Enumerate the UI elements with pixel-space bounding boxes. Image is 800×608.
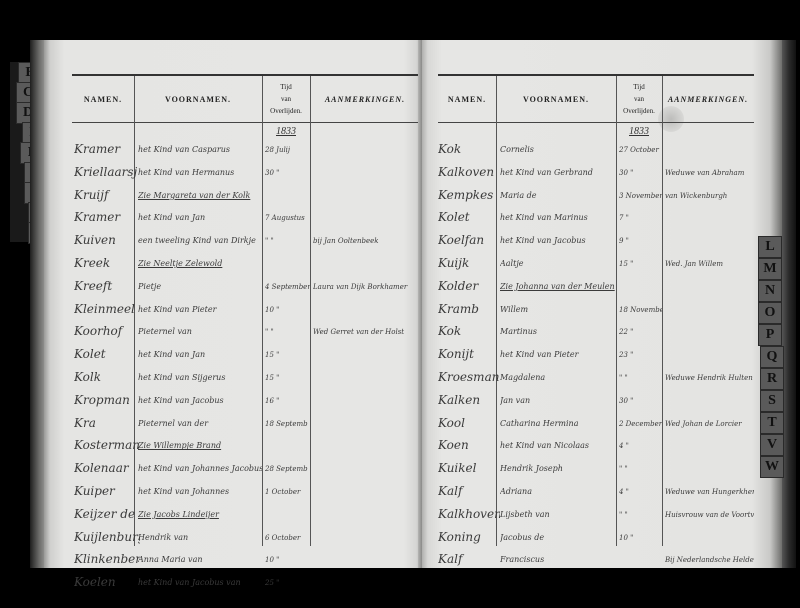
entry-surname: Kolk [74, 370, 140, 384]
entry-given-names: Franciscus [500, 555, 616, 564]
entry-date-of-death: 4 " [619, 488, 662, 496]
entry-date-of-death: 9 " [619, 237, 662, 245]
entry-given-names: het Kind van Johannes [138, 487, 262, 496]
entry-given-names: Zie Jacobs Lindeijer [138, 510, 262, 519]
entry-surname: Kalkhoven [438, 507, 500, 521]
entry-given-names: Pieternel van der [138, 419, 262, 428]
entry-given-names: Lijsbeth van [500, 510, 616, 519]
register-entry: Kalkovenhet Kind van Gerbrand30 "Weduwe … [438, 161, 754, 184]
entry-surname: Kropman [74, 393, 140, 407]
entry-given-names: Martinus [500, 327, 616, 336]
entry-given-names: Jacobus de [500, 533, 616, 542]
register-entry: Kolkhet Kind van Sijgerus15 " [72, 366, 420, 389]
entry-given-names: Zie Margareta van der Kolk [138, 191, 262, 200]
register-entry: Kuiveneen tweeling Kind van Dirkje" "bij… [72, 229, 420, 252]
entry-given-names: het Kind van Casparus [138, 145, 262, 154]
entry-date-of-death: 30 " [265, 169, 310, 177]
left-rows: Kramerhet Kind van Casparus28 JulijKriel… [72, 138, 420, 594]
register-entry: KruijfZie Margareta van der Kolk [72, 184, 420, 207]
entry-given-names: het Kind van Nicolaas [500, 441, 616, 450]
entry-date-of-death: 23 " [619, 351, 662, 359]
entry-given-names: Maria de [500, 191, 616, 200]
entry-remarks: Weduwe Hendrik Hulten [665, 374, 754, 382]
entry-remarks: bij Jan Ooltenbeek [313, 237, 420, 245]
entry-surname: Kuiven [74, 233, 140, 247]
entry-surname: Kuijlenburg [74, 530, 140, 544]
header-tijd-line: Tijd [280, 81, 291, 93]
entry-surname: Kriellaarsj [74, 165, 140, 179]
entry-date-of-death: 10 " [265, 306, 310, 314]
register-entry: KuijlenburgHendrik van6 October [72, 526, 420, 549]
register-entry: KempkesMaria de3 Novembervan Wickenburgh [438, 184, 754, 207]
entry-surname: Klinkenberg [74, 552, 140, 566]
entry-given-names: Zie Willempje Brand [138, 441, 262, 450]
entry-date-of-death: 18 November [619, 306, 662, 314]
entry-date-of-death: " " [619, 511, 662, 519]
register-entry: KraPieternel van der18 Septemb [72, 412, 420, 435]
entry-surname: Kra [74, 416, 140, 430]
entry-given-names: Zie Johanna van der Meulen [500, 282, 616, 291]
entry-given-names: Magdalena [500, 373, 616, 382]
header-tijd-van-overlijden: Tijd van Overlijden. [616, 76, 662, 122]
entry-surname: Konijt [438, 347, 500, 361]
entry-surname: Kalkoven [438, 165, 500, 179]
register-entry: KalfFranciscusBij Nederlandsche Heldenaa… [438, 548, 754, 571]
entry-remarks: Weduwe van Hungerkhen Hieronimus [665, 488, 754, 496]
entry-date-of-death: 27 October [619, 146, 662, 154]
entry-date-of-death: 1 October [265, 488, 310, 496]
entry-surname: Kleinmeel [74, 302, 140, 316]
right-page: NAMEN. VOORNAMEN. Tijd van Overlijden. A… [422, 40, 782, 568]
entry-remarks: Laura van Dijk Borkhamer [313, 283, 420, 291]
index-tabs-right: LMNOPQRSTVW [758, 236, 782, 496]
year-label: 1833 [620, 126, 658, 137]
entry-surname: Koelen [74, 575, 140, 589]
entry-surname: Koning [438, 530, 500, 544]
entry-remarks: Wed. Jan Willem [665, 260, 754, 268]
entry-given-names: een tweeling Kind van Dirkje [138, 236, 262, 245]
entry-surname: Kolder [438, 279, 500, 293]
entry-surname: Kalken [438, 393, 500, 407]
header-voornamen: VOORNAMEN. [496, 76, 616, 122]
entry-given-names: Hendrik van [138, 533, 262, 542]
entry-given-names: Catharina Hermina [500, 419, 616, 428]
register-entry: KroesmanMagdalena" "Weduwe Hendrik Hulte… [438, 366, 754, 389]
entry-remarks: Wed Johan de Lorcier [665, 420, 754, 428]
entry-surname: Kolet [74, 347, 140, 361]
header-voornamen: VOORNAMEN. [134, 76, 262, 122]
entry-date-of-death: " " [265, 328, 310, 336]
entry-surname: Kalf [438, 552, 500, 566]
entry-surname: Kok [438, 324, 500, 338]
entry-surname: Kuiper [74, 484, 140, 498]
register-entry: Kuiperhet Kind van Johannes1 October [72, 480, 420, 503]
entry-date-of-death: 28 Septemb [265, 465, 310, 473]
entry-surname: Kramer [74, 210, 140, 224]
left-page: NAMEN. VOORNAMEN. Tijd van Overlijden. A… [44, 40, 422, 568]
entry-given-names: Adriana [500, 487, 616, 496]
entry-surname: Kramb [438, 302, 500, 316]
register-entry: KlinkenbergAnna Maria van10 " [72, 548, 420, 571]
index-tab: O [758, 302, 782, 324]
entry-date-of-death: 10 " [265, 556, 310, 564]
entry-date-of-death: 2 December [619, 420, 662, 428]
register-entry: Koenhet Kind van Nicolaas4 " [438, 434, 754, 457]
index-tab: L [758, 236, 782, 258]
index-tab: W [760, 456, 784, 478]
entry-surname: Kuijk [438, 256, 500, 270]
entry-given-names: het Kind van Jacobus [500, 236, 616, 245]
header-tijd-line: Overlijden. [623, 105, 655, 117]
entry-surname: Kolenaar [74, 461, 140, 475]
entry-given-names: Pietje [138, 282, 262, 291]
register-entry: KokCornelis27 October [438, 138, 754, 161]
register-entry: KolderZie Johanna van der Meulen [438, 275, 754, 298]
entry-surname: Kruijf [74, 188, 140, 202]
header-tijd-line: Overlijden. [270, 105, 302, 117]
index-tab: R [760, 368, 784, 390]
register-entry: Koelenhet Kind van Jacobus van25 " [72, 571, 420, 594]
entry-remarks: Huisvrouw van de Voortvogel [665, 511, 754, 519]
entry-given-names: Aaltje [500, 259, 616, 268]
entry-surname: Koen [438, 438, 500, 452]
register-entry: Kramerhet Kind van Jan7 Augustus [72, 206, 420, 229]
register-entry: Konijthet Kind van Pieter23 " [438, 343, 754, 366]
register-entry: KokMartinus22 " [438, 320, 754, 343]
register-book: NAMEN. VOORNAMEN. Tijd van Overlijden. A… [30, 40, 782, 568]
index-tab: M [758, 258, 782, 280]
entry-date-of-death: 28 Julij [265, 146, 310, 154]
entry-date-of-death: 22 " [619, 328, 662, 336]
entry-surname: Keijzer de [74, 507, 140, 521]
entry-surname: Kool [438, 416, 500, 430]
entry-given-names: het Kind van Pieter [500, 350, 616, 359]
register-entry: KuikelHendrik Joseph" " [438, 457, 754, 480]
entry-remarks: van Wickenburgh [665, 192, 754, 200]
register-entry: KalkenJan van30 " [438, 389, 754, 412]
entry-date-of-death: 15 " [619, 260, 662, 268]
header-rule [72, 122, 420, 123]
entry-date-of-death: 10 " [619, 534, 662, 542]
header-namen: NAMEN. [72, 76, 134, 122]
entry-date-of-death: 7 Augustus [265, 214, 310, 222]
entry-surname: Kramer [74, 142, 140, 156]
entry-surname: Kalf [438, 484, 500, 498]
entry-remarks: Weduwe van Abraham [665, 169, 754, 177]
header-aanmerkingen: AANMERKINGEN. [310, 76, 420, 122]
entry-given-names: het Kind van Gerbrand [500, 168, 616, 177]
index-tab: Q [760, 346, 784, 368]
entry-date-of-death: 30 " [619, 397, 662, 405]
index-tab: S [760, 390, 784, 412]
register-entry: KoorhofPieternel van" "Wed Gerret van de… [72, 320, 420, 343]
entry-date-of-death: 25 " [265, 579, 310, 587]
register-entry: Kropmanhet Kind van Jacobus16 " [72, 389, 420, 412]
entry-date-of-death: 4 September [265, 283, 310, 291]
header-tijd-line: Tijd [633, 81, 644, 93]
register-entry: Kramerhet Kind van Casparus28 Julij [72, 138, 420, 161]
entry-given-names: het Kind van Johannes Jacobus [138, 464, 262, 473]
header-aanmerkingen: AANMERKINGEN. [662, 76, 754, 122]
book-edge-right [782, 40, 796, 568]
entry-given-names: Jan van [500, 396, 616, 405]
entry-surname: Kreek [74, 256, 140, 270]
index-tab: P [758, 324, 782, 346]
register-entry: Koelfanhet Kind van Jacobus9 " [438, 229, 754, 252]
register-entry: KalkhovenLijsbeth van" "Huisvrouw van de… [438, 503, 754, 526]
entry-date-of-death: " " [619, 465, 662, 473]
entry-surname: Koorhof [74, 324, 140, 338]
header-namen: NAMEN. [438, 76, 496, 122]
entry-date-of-death: 18 Septemb [265, 420, 310, 428]
entry-given-names: het Kind van Jacobus van [138, 578, 262, 587]
entry-given-names: Cornelis [500, 145, 616, 154]
register-entry: Kolethet Kind van Jan15 " [72, 343, 420, 366]
entry-surname: Kempkes [438, 188, 500, 202]
entry-given-names: het Kind van Marinus [500, 213, 616, 222]
entry-date-of-death: 3 November [619, 192, 662, 200]
entry-date-of-death: " " [265, 237, 310, 245]
entry-date-of-death: 4 " [619, 442, 662, 450]
entry-surname: Kuikel [438, 461, 500, 475]
entry-given-names: het Kind van Jan [138, 350, 262, 359]
register-entry: Kolethet Kind van Marinus7 " [438, 206, 754, 229]
entry-given-names: Zie Neeltje Zelewold [138, 259, 262, 268]
year-label: 1833 [268, 126, 304, 137]
entry-surname: Kreeft [74, 279, 140, 293]
entry-given-names: het Kind van Pieter [138, 305, 262, 314]
register-entry: Kleinmeelhet Kind van Pieter10 " [72, 298, 420, 321]
header-rule [438, 122, 754, 123]
header-tijd-line: van [281, 93, 291, 105]
register-entry: KuijkAaltje15 "Wed. Jan Willem [438, 252, 754, 275]
index-tab: T [760, 412, 784, 434]
register-entry: KoningJacobus de10 " [438, 526, 754, 549]
entry-given-names: het Kind van Sijgerus [138, 373, 262, 382]
entry-date-of-death: 7 " [619, 214, 662, 222]
entry-date-of-death: " " [619, 374, 662, 382]
register-entry: KalfAdriana4 "Weduwe van Hungerkhen Hier… [438, 480, 754, 503]
index-tab: N [758, 280, 782, 302]
register-entry: KostermansZie Willempje Brand [72, 434, 420, 457]
register-entry: KrambWillem18 November [438, 298, 754, 321]
register-entry: KreekZie Neeltje Zelewold [72, 252, 420, 275]
entry-given-names: Hendrik Joseph [500, 464, 616, 473]
entry-surname: Kolet [438, 210, 500, 224]
entry-date-of-death: 15 " [265, 351, 310, 359]
entry-given-names: Willem [500, 305, 616, 314]
register-entry: KoolCatharina Hermina2 DecemberWed Johan… [438, 412, 754, 435]
entry-given-names: Pieternel van [138, 327, 262, 336]
register-entry: Keijzer deZie Jacobs Lindeijer [72, 503, 420, 526]
register-entry: KreeftPietje4 SeptemberLaura van Dijk Bo… [72, 275, 420, 298]
header-tijd-line: van [634, 93, 644, 105]
entry-given-names: het Kind van Hermanus [138, 168, 262, 177]
entry-given-names: Anna Maria van [138, 555, 262, 564]
header-tijd-van-overlijden: Tijd van Overlijden. [262, 76, 310, 122]
entry-given-names: het Kind van Jacobus [138, 396, 262, 405]
entry-remarks: Bij Nederlandsche Heldenaarde [665, 556, 754, 564]
entry-given-names: het Kind van Jan [138, 213, 262, 222]
entry-date-of-death: 6 October [265, 534, 310, 542]
entry-date-of-death: 30 " [619, 169, 662, 177]
entry-remarks: Wed Gerret van der Holst [313, 328, 420, 336]
entry-date-of-death: 15 " [265, 374, 310, 382]
entry-surname: Kroesman [438, 370, 500, 384]
entry-date-of-death: 16 " [265, 397, 310, 405]
register-entry: Kriellaarsjhet Kind van Hermanus30 " [72, 161, 420, 184]
entry-surname: Kok [438, 142, 500, 156]
register-entry: Kolenaarhet Kind van Johannes Jacobus28 … [72, 457, 420, 480]
entry-surname: Koelfan [438, 233, 500, 247]
right-rows: KokCornelis27 OctoberKalkovenhet Kind va… [438, 138, 754, 571]
index-tab: V [760, 434, 784, 456]
entry-surname: Kostermans [74, 438, 140, 452]
